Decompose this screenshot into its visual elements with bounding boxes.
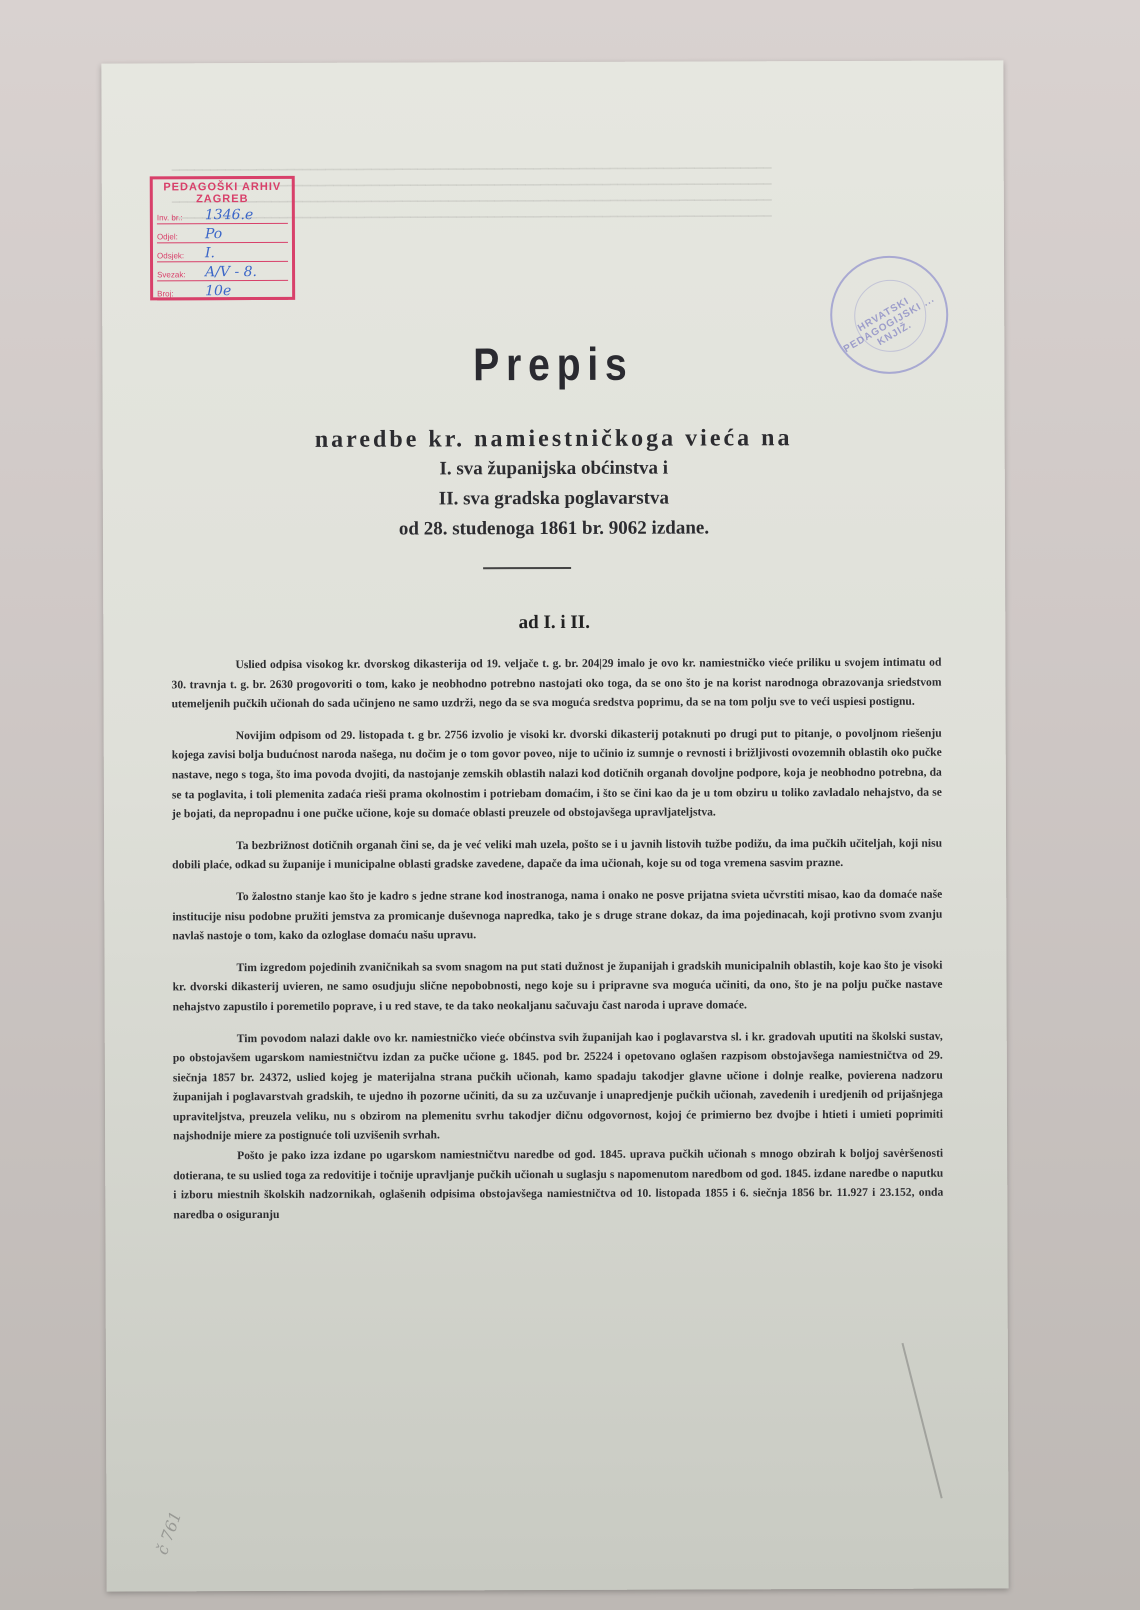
archive-stamp-title: PEDAGOŠKI ARHIV	[157, 181, 288, 193]
section-heading: ad I. i II.	[103, 610, 1005, 635]
subtitle-line-2: I. sva županijska obćinstva i	[103, 456, 1005, 481]
document-title: Prepis	[170, 336, 937, 393]
pencil-note: č 761	[152, 1509, 185, 1557]
paragraph: Uslied odpisa visokog kr. dvorskog dikas…	[171, 653, 941, 714]
paragraph: Tim povodom nalazi dakle ovo kr. namiest…	[173, 1026, 943, 1146]
paragraph: To žalostno stanje kao što je kadro s je…	[172, 885, 942, 946]
document-page: ▁▁▁▁▁▁▁▁▁▁▁▁▁▁▁▁▁▁▁▁▁▁▁▁▁▁▁▁▁▁▁▁▁▁▁▁▁▁▁▁…	[101, 60, 1008, 1591]
stamp-field-svezak: Svezak: A/V - 8.	[157, 263, 288, 281]
subtitle-line-3: II. sva gradska poglavarstva	[103, 486, 1005, 511]
archive-stamp-city: ZAGREB	[157, 193, 288, 205]
stamp-field-odjel: Odjel: Po	[157, 225, 288, 243]
stamp-field-odsjek: Odsjek: I.	[157, 244, 288, 262]
subtitle-line-4: od 28. studenoga 1861 br. 9062 izdane.	[103, 516, 1005, 541]
paragraph: Novijim odpisom od 29. listopada t. g br…	[172, 723, 942, 824]
archive-stamp: PEDAGOŠKI ARHIV ZAGREB Inv. br.: 1346.e …	[150, 176, 295, 301]
stamp-field-broj: Broj: 10e	[157, 282, 288, 300]
document-body: Uslied odpisa visokog kr. dvorskog dikas…	[171, 653, 943, 1237]
paper-crease	[901, 1343, 942, 1499]
divider	[483, 567, 571, 569]
paragraph: Ta bezbrižnost dotičnih organah čini se,…	[172, 833, 942, 875]
subtitle-line-1: naredbe kr. namiestničkoga vieća na	[103, 424, 1005, 454]
paragraph: Pošto je pako izza izdane po ugarskom na…	[173, 1144, 943, 1225]
paragraph: Tim izgredom pojedinih zvaničnikah sa sv…	[172, 955, 942, 1016]
stamp-field-inv: Inv. br.: 1346.e	[157, 206, 288, 224]
